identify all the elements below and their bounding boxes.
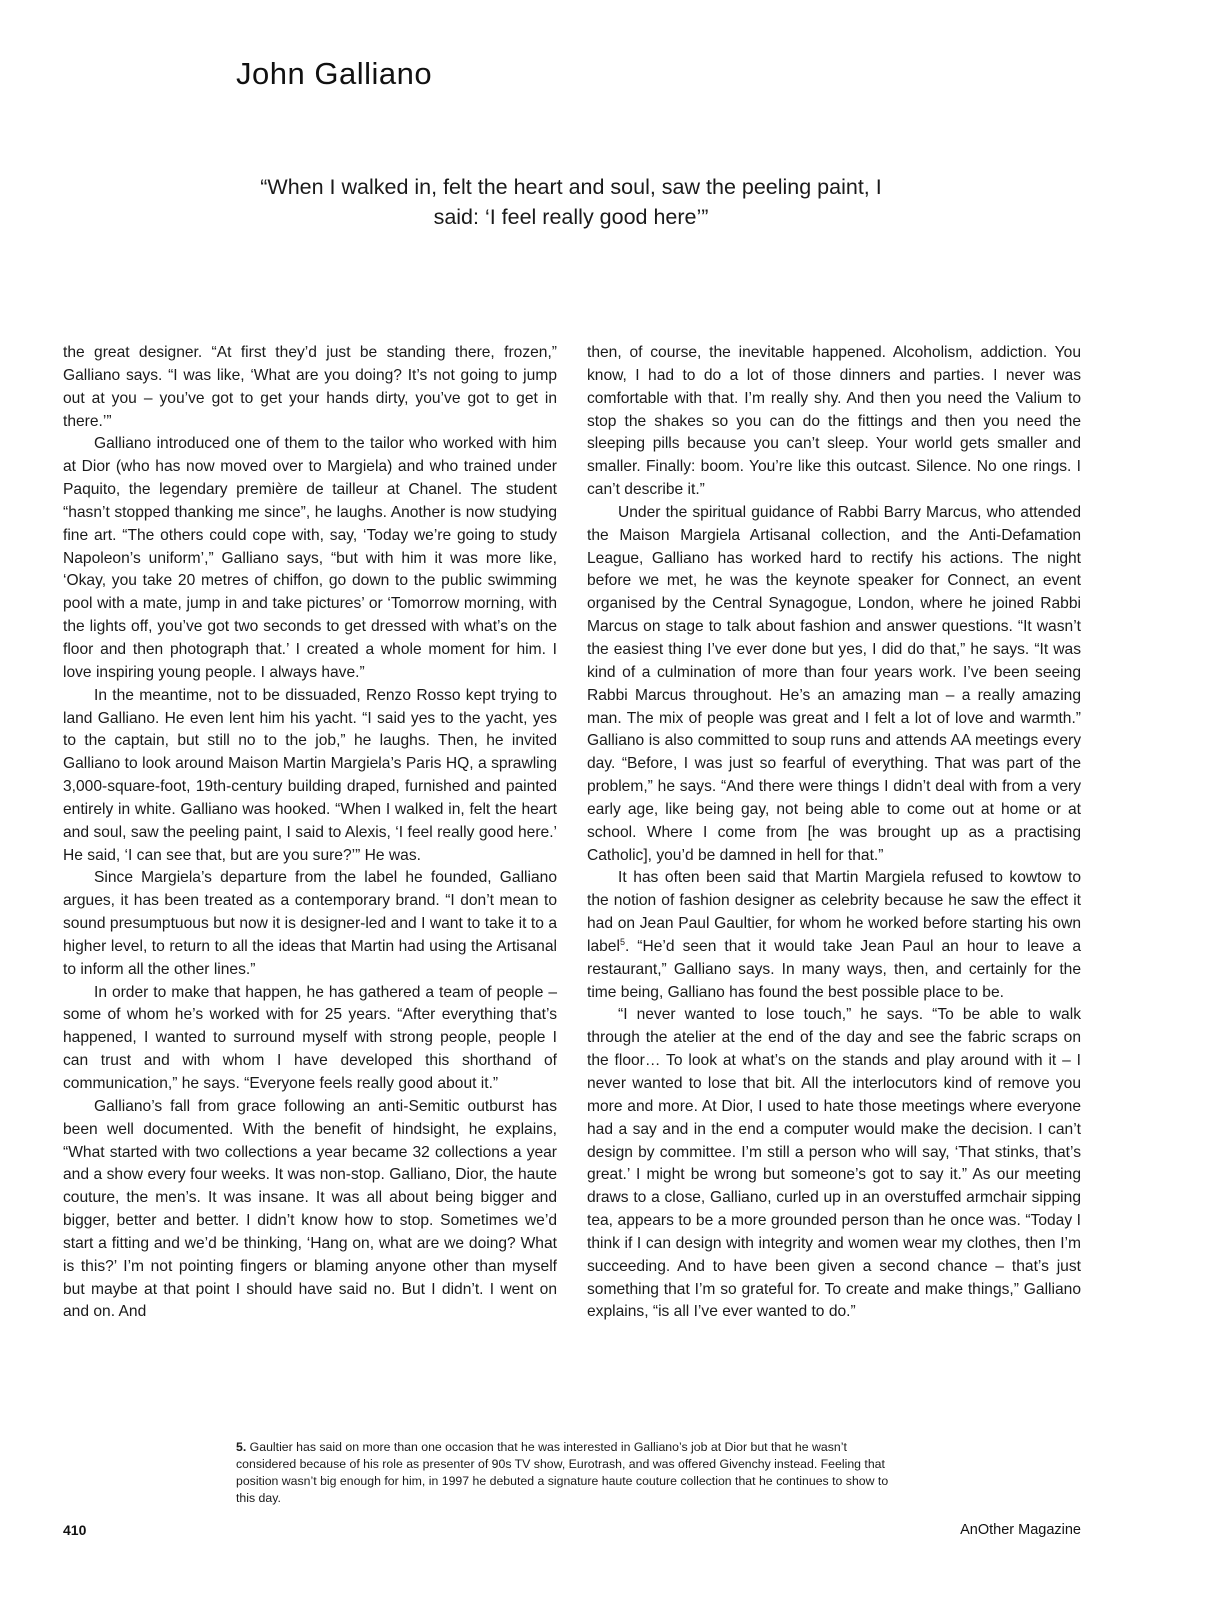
paragraph: the great designer. “At first they’d jus…	[63, 342, 557, 433]
paragraph-text: . “He’d seen that it would take Jean Pau…	[587, 938, 1081, 1001]
paragraph: Under the spiritual guidance of Rabbi Ba…	[587, 502, 1081, 868]
pull-quote: “When I walked in, felt the heart and so…	[240, 172, 902, 232]
footnote-number: 5.	[236, 1440, 246, 1454]
paragraph: In order to make that happen, he has gat…	[63, 982, 557, 1096]
paragraph: Since Margiela’s departure from the labe…	[63, 867, 557, 981]
magazine-name: AnOther Magazine	[960, 1522, 1081, 1538]
footnote: 5. Gaultier has said on more than one oc…	[236, 1439, 910, 1507]
paragraph-with-footnote: It has often been said that Martin Margi…	[587, 867, 1081, 1004]
body-column-left: the great designer. “At first they’d jus…	[63, 342, 557, 1324]
paragraph: In the meantime, not to be dissuaded, Re…	[63, 685, 557, 868]
body-column-right: then, of course, the inevitable happened…	[587, 342, 1081, 1324]
paragraph: Galliano introduced one of them to the t…	[63, 433, 557, 684]
page-number: 410	[63, 1522, 86, 1538]
article-title: John Galliano	[236, 56, 432, 92]
paragraph: Galliano’s fall from grace following an …	[63, 1096, 557, 1324]
footnote-text: Gaultier has said on more than one occas…	[236, 1440, 888, 1505]
paragraph: “I never wanted to lose touch,” he says.…	[587, 1004, 1081, 1324]
paragraph: then, of course, the inevitable happened…	[587, 342, 1081, 502]
